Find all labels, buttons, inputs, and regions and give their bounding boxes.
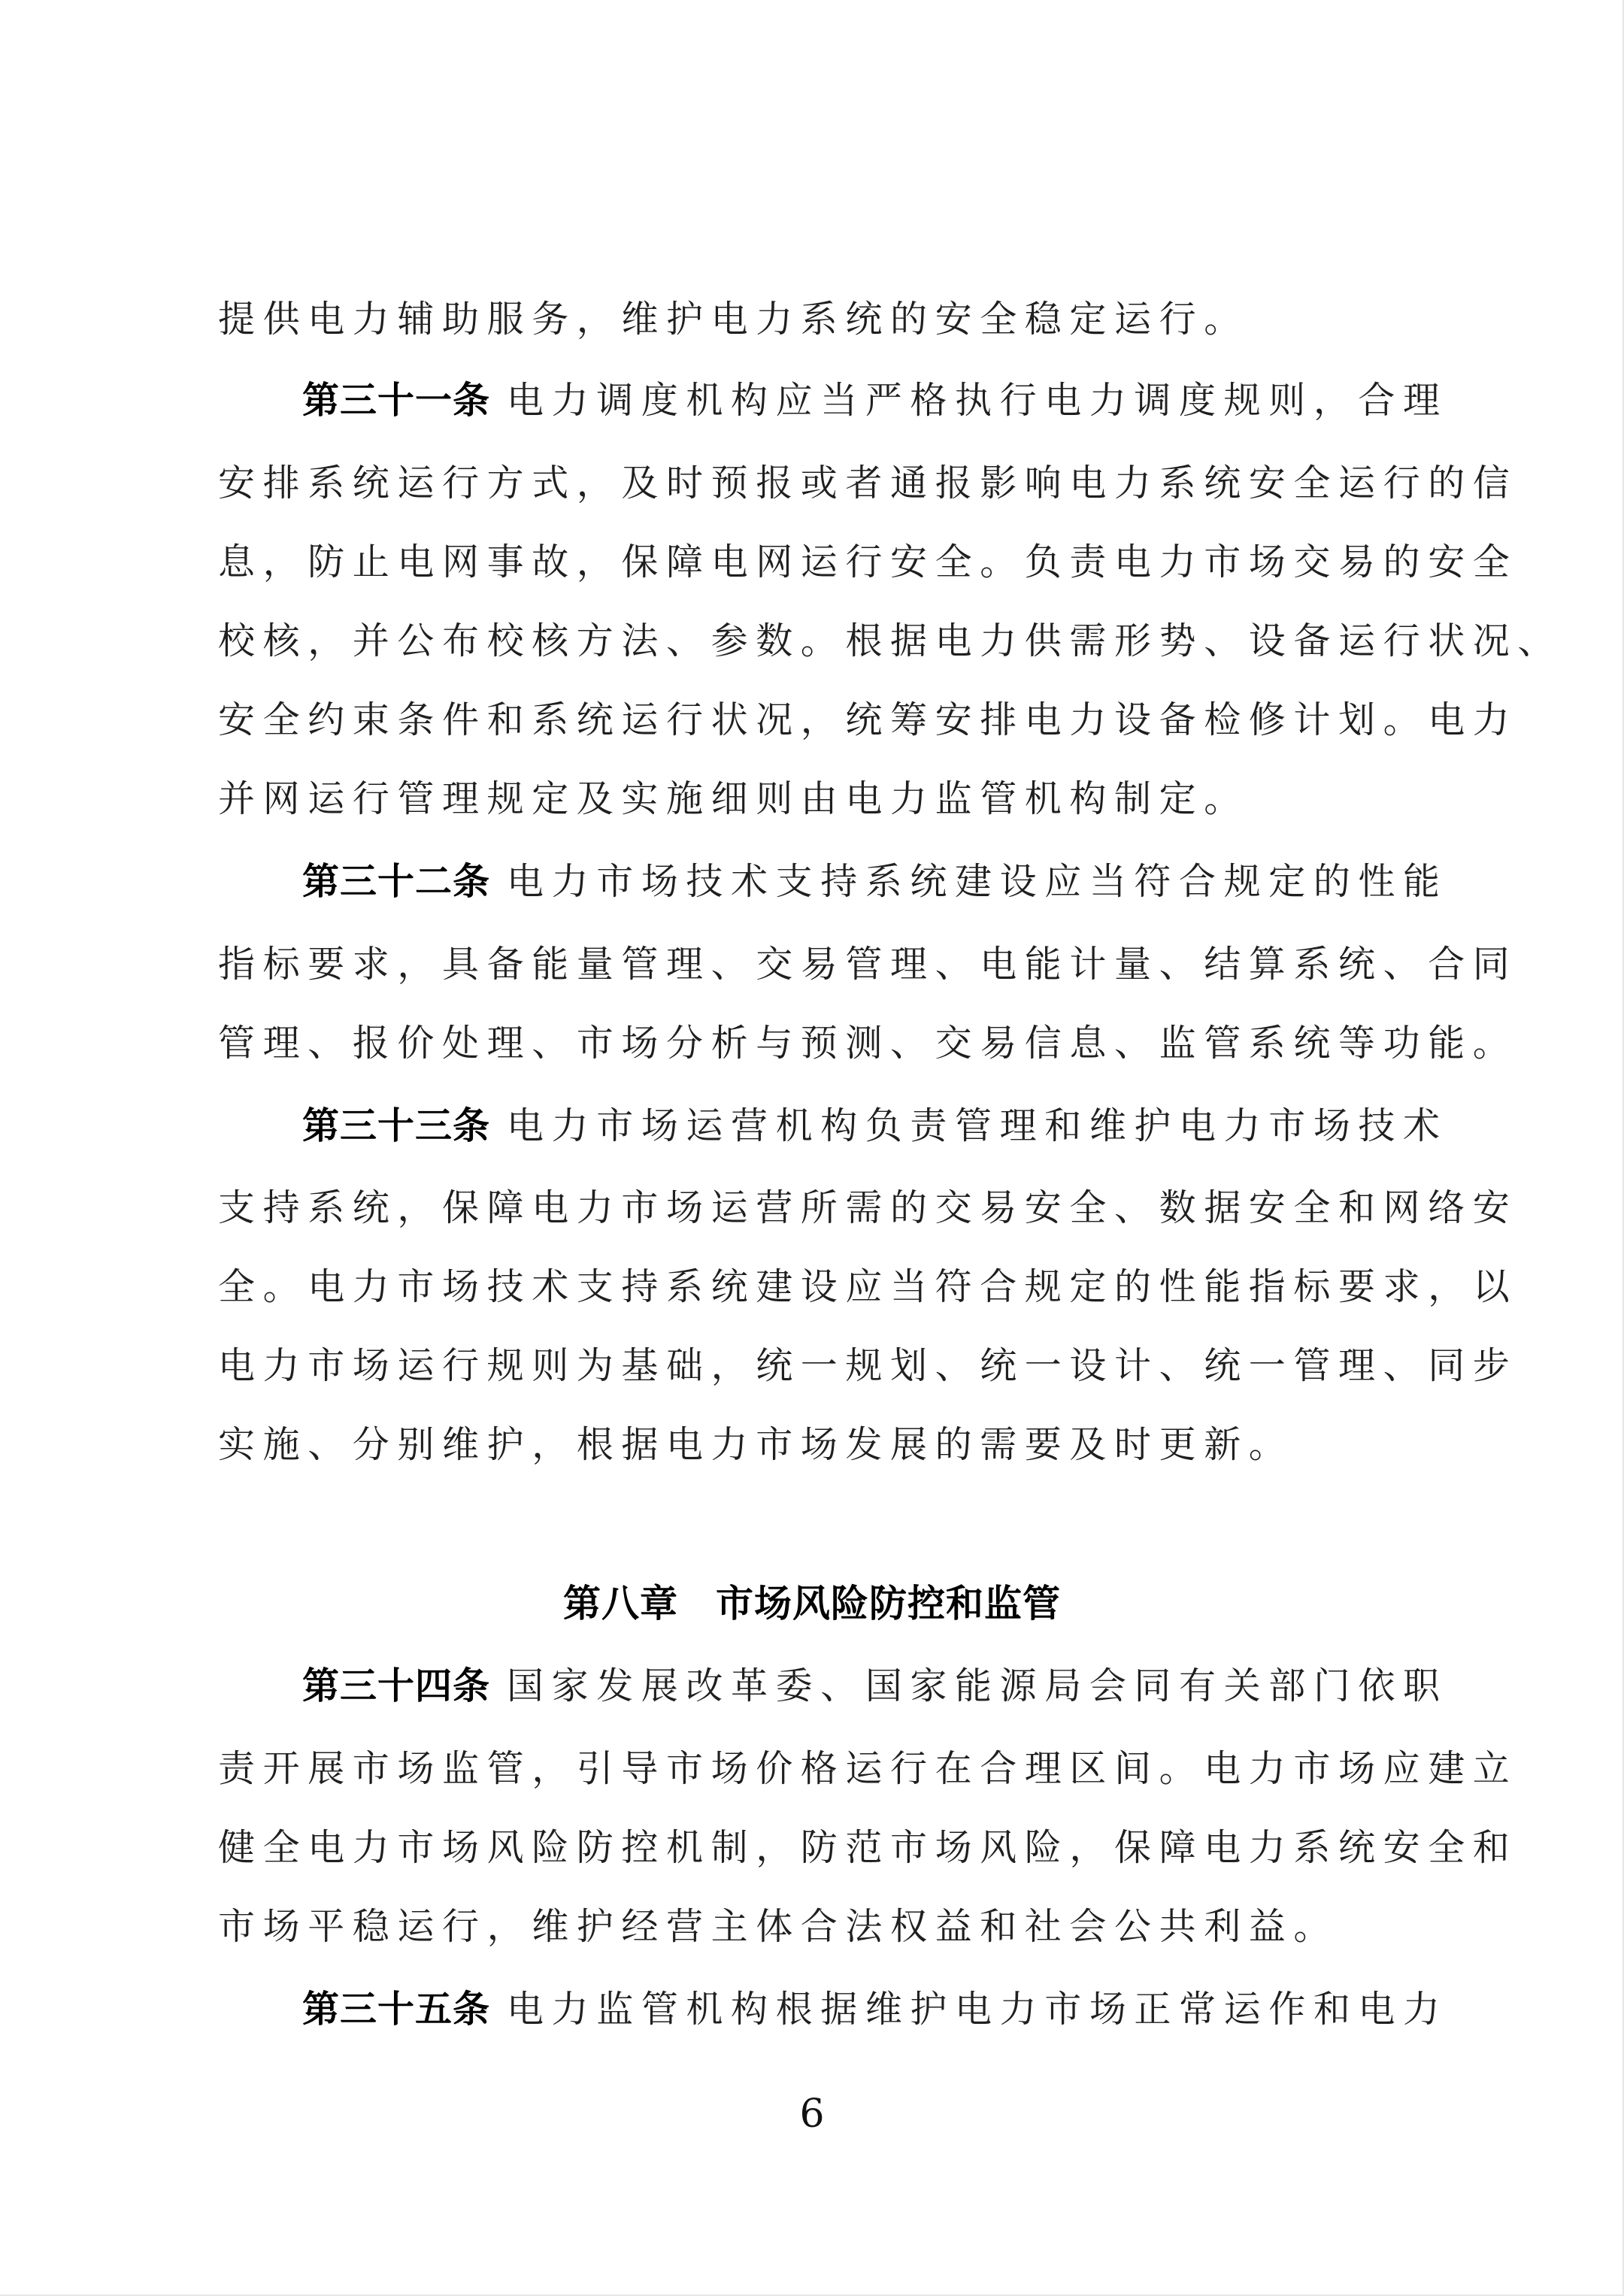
text-line: 支持系统，保障电力市场运营所需的交易安全、数据安全和网络安 (218, 1174, 1406, 1242)
text-line: 电力监管机构根据维护电力市场正常运作和电力 (507, 1988, 1448, 2031)
chapter-number: 第八章 (563, 1582, 678, 1625)
text-line: 电力市场技术支持系统建设应当符合规定的性能 (507, 860, 1448, 903)
text-line: 国家发展改革委、国家能源局会同有关部门依职 (507, 1664, 1448, 1707)
article-number: 第三十一条 (302, 379, 490, 422)
text-line: 并网运行管理规定及实施细则由电力监管机构制定。 (218, 765, 1406, 833)
chapter-heading: 第八章市场风险防控和监管 (0, 1570, 1624, 1637)
text-line: 校核，并公布校核方法、参数。根据电力供需形势、设备运行状况、 (218, 607, 1406, 675)
text-line: 实施、分别维护，根据电力市场发展的需要及时更新。 (218, 1411, 1406, 1479)
text-line: 安全约束条件和系统运行状况，统筹安排电力设备检修计划。电力 (218, 686, 1406, 754)
text-line: 电力市场运营机构负责管理和维护电力市场技术 (507, 1104, 1448, 1147)
article-35-first-line: 第三十五条电力监管机构根据维护电力市场正常运作和电力 (302, 1976, 1406, 2043)
text-line: 安排系统运行方式，及时预报或者通报影响电力系统安全运行的信 (218, 450, 1406, 517)
text-line: 电力市场运行规则为基础，统一规划、统一设计、统一管理、同步 (218, 1332, 1406, 1400)
article-number: 第三十三条 (302, 1104, 490, 1147)
text-line: 全。电力市场技术支持系统建设应当符合规定的性能指标要求，以 (218, 1253, 1406, 1321)
article-32-first-line: 第三十二条电力市场技术支持系统建设应当符合规定的性能 (302, 848, 1406, 916)
chapter-title: 市场风险防控和监管 (716, 1582, 1061, 1625)
text-line: 管理、报价处理、市场分析与预测、交易信息、监管系统等功能。 (218, 1010, 1406, 1077)
article-34-first-line: 第三十四条国家发展改革委、国家能源局会同有关部门依职 (302, 1652, 1406, 1720)
article-number: 第三十五条 (302, 1988, 490, 2031)
document-page: 提供电力辅助服务，维护电力系统的安全稳定运行。 第三十一条电力调度机构应当严格执… (0, 0, 1624, 2296)
text-line: 指标要求，具备能量管理、交易管理、电能计量、结算系统、合同 (218, 931, 1406, 998)
article-33-first-line: 第三十三条电力市场运营机构负责管理和维护电力市场技术 (302, 1092, 1406, 1160)
text-line: 市场平稳运行，维护经营主体合法权益和社会公共利益。 (218, 1893, 1406, 1961)
article-31-first-line: 第三十一条电力调度机构应当严格执行电力调度规则，合理 (302, 367, 1406, 435)
page-number: 6 (0, 2084, 1624, 2144)
text-line: 健全电力市场风险防控机制，防范市场风险，保障电力系统安全和 (218, 1814, 1406, 1882)
text-line: 息，防止电网事故，保障电网运行安全。负责电力市场交易的安全 (218, 529, 1406, 596)
article-number: 第三十四条 (302, 1664, 490, 1707)
text-line: 电力调度机构应当严格执行电力调度规则，合理 (507, 379, 1448, 422)
text-line: 责开展市场监管，引导市场价格运行在合理区间。电力市场应建立 (218, 1735, 1406, 1803)
article-number: 第三十二条 (302, 860, 490, 903)
text-line: 提供电力辅助服务，维护电力系统的安全稳定运行。 (218, 286, 1406, 353)
